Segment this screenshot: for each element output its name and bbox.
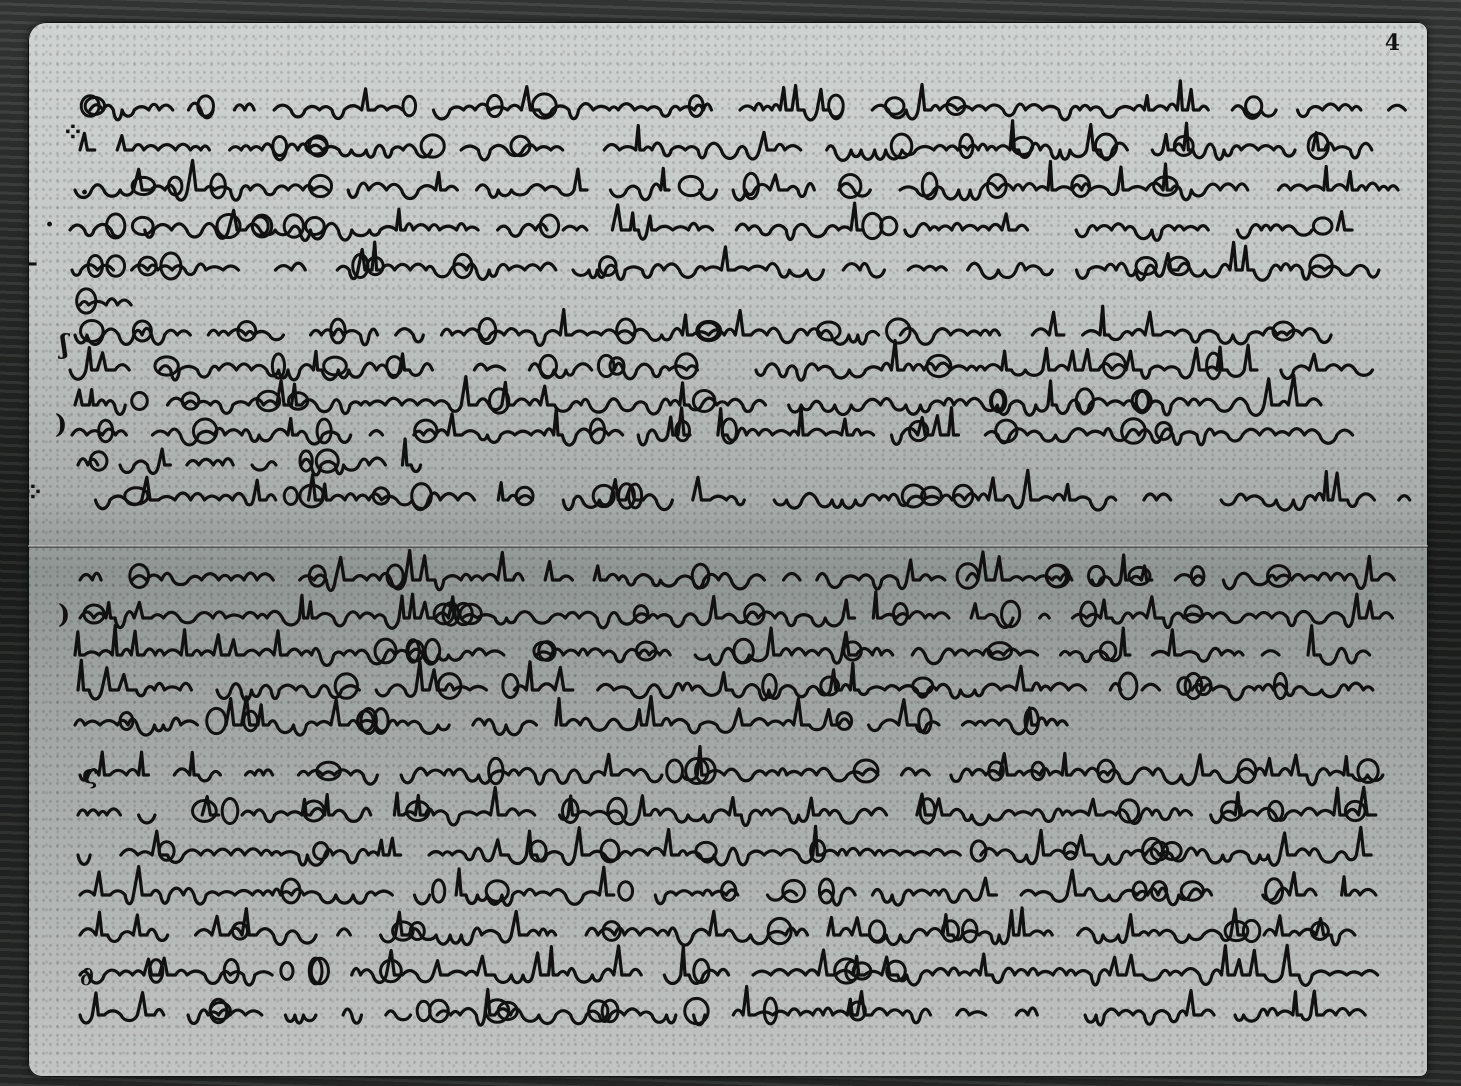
handwritten-text-lines [28, 22, 1428, 1077]
manuscript-line [78, 660, 1373, 700]
manuscript-line [78, 826, 1371, 865]
manuscript-line [75, 696, 1067, 735]
manuscript-line [80, 121, 1372, 161]
manuscript-line [80, 986, 1365, 1025]
manuscript-line [80, 592, 1392, 628]
manuscript-line [70, 203, 1352, 240]
manuscript-line [70, 340, 1372, 380]
manuscript-line [75, 375, 1348, 415]
manuscript-line [78, 787, 1376, 825]
manuscript-line [72, 408, 1353, 445]
manuscript-line [80, 747, 1383, 785]
manuscript-line [75, 626, 1370, 666]
manuscript-page: 4 ⁘··–ʃ)⁘)ς∂ [28, 22, 1428, 1077]
manuscript-line [81, 81, 1405, 120]
manuscript-line [95, 470, 1409, 510]
manuscript-line [80, 550, 1394, 590]
manuscript-line [75, 306, 1331, 345]
manuscript-line [75, 160, 1398, 200]
manuscript-line [77, 289, 131, 313]
manuscript-line [78, 439, 421, 475]
manuscript-line [80, 945, 1378, 985]
manuscript-line [80, 866, 1376, 905]
manuscript-line [72, 242, 1379, 280]
manuscript-line [80, 908, 1355, 945]
